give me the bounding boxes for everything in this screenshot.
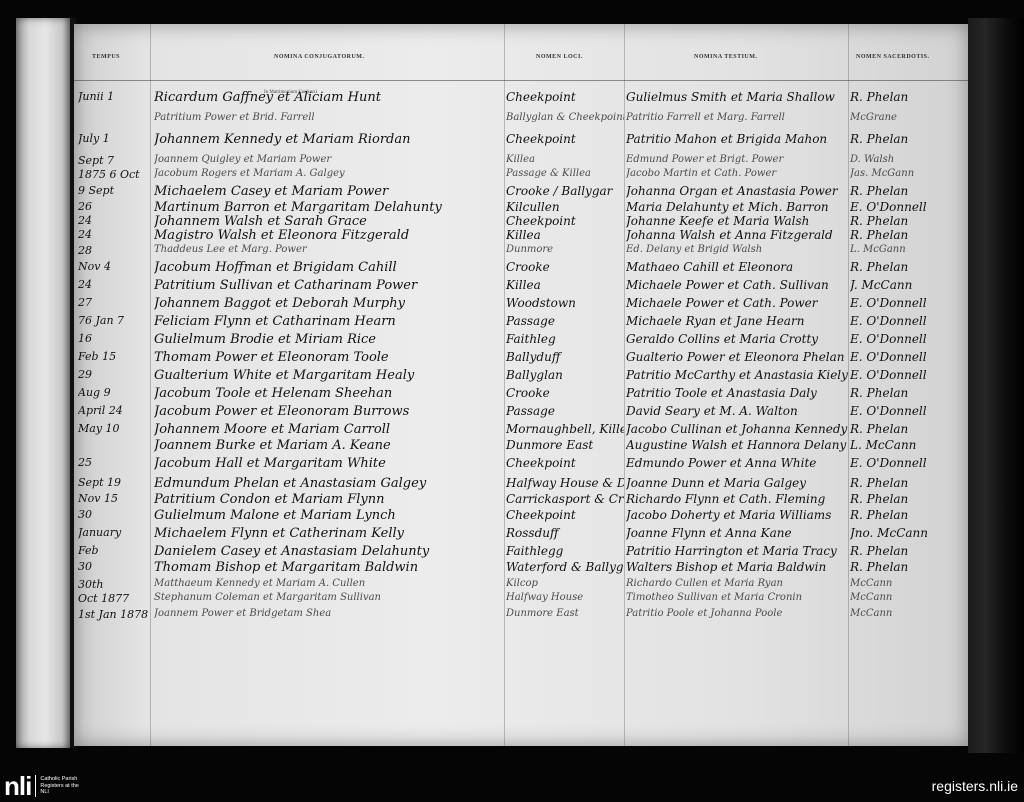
entry-place: Dunmore East	[506, 438, 624, 452]
entry-couple: Patritium Sullivan et Catharinam Power	[154, 278, 524, 293]
entry-date: 30th	[78, 578, 148, 591]
entry-priest: E. O'Donnell	[850, 368, 962, 382]
entry-place: Cheekpoint	[506, 214, 624, 228]
entry-witnesses: Johanne Keefe et Maria Walsh	[626, 214, 848, 228]
entry-priest: McCann	[850, 608, 962, 619]
entry-couple: Jacobum Hall et Margaritam White	[154, 456, 524, 471]
entry-witnesses: Jacobo Martin et Cath. Power	[626, 168, 848, 179]
entry-couple: Edmundum Phelan et Anastasiam Galgey	[154, 476, 524, 491]
entry-couple: Johannem Kennedy et Mariam Riordan	[154, 132, 524, 147]
entry-place: Halfway House & Dunmore	[506, 476, 624, 490]
entry-priest: R. Phelan	[850, 132, 962, 146]
entry-priest: E. O'Donnell	[850, 350, 962, 364]
entry-witnesses: Gualterio Power et Eleonora Phelan	[626, 350, 848, 364]
entry-couple: Patritium Power et Brid. Farrell	[154, 112, 524, 123]
entry-date: 29	[78, 368, 148, 381]
column-header-couple: NOMINA CONJUGATORUM.	[274, 54, 364, 60]
entry-place: Faithleg	[506, 332, 624, 346]
entry-place: Cheekpoint	[506, 132, 624, 146]
entry-date: July 1	[78, 132, 148, 145]
entry-date: Nov 15	[78, 492, 148, 505]
entry-priest: R. Phelan	[850, 492, 962, 506]
entry-date: 30	[78, 508, 148, 521]
entry-witnesses: David Seary et M. A. Walton	[626, 404, 848, 418]
entry-witnesses: Geraldo Collins et Maria Crotty	[626, 332, 848, 346]
register-entry: Aug 9Jacobum Toole et Helenam SheehanCro…	[74, 386, 968, 406]
entry-place: Crooke	[506, 260, 624, 274]
register-entry: JanuaryMichaelem Flynn et Catherinam Kel…	[74, 526, 968, 546]
entry-witnesses: Edmund Power et Brigt. Power	[626, 154, 848, 165]
nli-logo: nli	[4, 773, 31, 799]
entry-priest: R. Phelan	[850, 386, 962, 400]
entry-witnesses: Patritio McCarthy et Anastasia Kiely	[626, 368, 848, 382]
entry-couple: Michaelem Flynn et Catherinam Kelly	[154, 526, 524, 541]
entry-witnesses: Mathaeo Cahill et Eleonora	[626, 260, 848, 274]
entry-couple: Joannem Power et Bridgetam Shea	[154, 608, 524, 619]
register-entry: 1st Jan 1878Joannem Power et Bridgetam S…	[74, 608, 968, 628]
entry-place: Killea	[506, 278, 624, 292]
entry-place: Cheekpoint	[506, 456, 624, 470]
entry-date: 76 Jan 7	[78, 314, 148, 327]
column-header-witnesses: NOMINA TESTIUM.	[694, 54, 757, 60]
entry-priest: McGrane	[850, 112, 962, 123]
entry-priest: D. Walsh	[850, 154, 962, 165]
entry-place: Ballyduff	[506, 350, 624, 364]
entry-couple: Ricardum Gaffney et Aliciam Hunt	[154, 90, 524, 105]
entry-date: 28	[78, 244, 148, 257]
entry-couple: Jacobum Rogers et Mariam A. Galgey	[154, 168, 524, 179]
column-header-date: TEMPUS	[92, 54, 120, 60]
entry-place: Ballyglan & Cheekpoint	[506, 112, 624, 123]
entry-priest: E. O'Donnell	[850, 404, 962, 418]
entry-witnesses: Timotheo Sullivan et Maria Cronin	[626, 592, 848, 603]
entry-couple: Jacobum Toole et Helenam Sheehan	[154, 386, 524, 401]
entry-date: 1st Jan 1878	[78, 608, 148, 621]
entry-couple: Magistro Walsh et Eleonora Fitzgerald	[154, 228, 524, 243]
entry-place: Ballyglan	[506, 368, 624, 382]
register-entry: April 24Jacobum Power et Eleonoram Burro…	[74, 404, 968, 424]
entry-date: April 24	[78, 404, 148, 417]
entry-place: Crooke	[506, 386, 624, 400]
register-image-viewer: TEMPUS NOMINA CONJUGATORUM. NOMEN LOCI. …	[0, 0, 1024, 802]
entry-date: 25	[78, 456, 148, 469]
entry-couple: Stephanum Coleman et Margaritam Sullivan	[154, 592, 524, 603]
entry-couple: Gualterium White et Margaritam Healy	[154, 368, 524, 383]
next-page-shadow	[968, 18, 1024, 753]
entry-witnesses: Edmundo Power et Anna White	[626, 456, 848, 470]
entry-date: Nov 4	[78, 260, 148, 273]
entry-couple: Joannem Burke et Mariam A. Keane	[154, 438, 524, 453]
entry-place: Crooke / Ballygar	[506, 184, 624, 198]
entry-priest: R. Phelan	[850, 184, 962, 198]
entry-date: 16	[78, 332, 148, 345]
entry-place: Halfway House	[506, 592, 624, 603]
entry-witnesses: Patritio Farrell et Marg. Farrell	[626, 112, 848, 123]
entry-place: Dunmore	[506, 244, 624, 255]
entry-witnesses: Michaele Power et Cath. Sullivan	[626, 278, 848, 292]
entry-priest: R. Phelan	[850, 544, 962, 558]
entry-date: 24	[78, 278, 148, 291]
register-entry: Joannem Burke et Mariam A. KeaneDunmore …	[74, 438, 968, 458]
entry-couple: Johannem Walsh et Sarah Grace	[154, 214, 524, 229]
entry-witnesses: Joanne Flynn et Anna Kane	[626, 526, 848, 540]
entry-couple: Thomam Power et Eleonoram Toole	[154, 350, 524, 365]
logo-caption: Catholic Parish Registers at the NLI	[40, 776, 80, 796]
entry-place: Passage	[506, 404, 624, 418]
entry-date: Aug 9	[78, 386, 148, 399]
column-header-priest: NOMEN SACERDOTIS.	[856, 54, 930, 60]
register-entry: 16Gulielmum Brodie et Miriam RiceFaithle…	[74, 332, 968, 352]
entry-witnesses: Patritio Toole et Anastasia Daly	[626, 386, 848, 400]
entry-place: Passage & Killea	[506, 168, 624, 179]
entry-date: 24	[78, 214, 148, 227]
entry-place: Cheekpoint	[506, 90, 624, 104]
register-entry: 30Thomam Bishop et Margaritam BaldwinWat…	[74, 560, 968, 580]
entry-place: Faithlegg	[506, 544, 624, 558]
entry-date: Sept 19	[78, 476, 148, 489]
entry-couple: Patritium Condon et Mariam Flynn	[154, 492, 524, 507]
entry-place: Carrickasport & Crooke	[506, 492, 624, 506]
site-url: registers.nli.ie	[932, 778, 1018, 794]
entry-priest: R. Phelan	[850, 476, 962, 490]
entry-couple: Martinum Barron et Margaritam Delahunty	[154, 200, 524, 215]
entry-priest: R. Phelan	[850, 260, 962, 274]
entry-couple: Johannem Baggot et Deborah Murphy	[154, 296, 524, 311]
entry-date: 1875 6 Oct	[78, 168, 148, 181]
entry-priest: R. Phelan	[850, 214, 962, 228]
entry-date: Feb 15	[78, 350, 148, 363]
entry-witnesses: Patritio Mahon et Brigida Mahon	[626, 132, 848, 146]
entry-witnesses: Patritio Poole et Johanna Poole	[626, 608, 848, 619]
entry-priest: L. McCann	[850, 438, 962, 452]
entry-witnesses: Ed. Delany et Brigid Walsh	[626, 244, 848, 255]
entry-priest: E. O'Donnell	[850, 200, 962, 214]
register-entry: 24Patritium Sullivan et Catharinam Power…	[74, 278, 968, 298]
entry-place: Killea	[506, 228, 624, 242]
entry-date: 30	[78, 560, 148, 573]
previous-page-edge	[16, 18, 70, 748]
entry-witnesses: Walters Bishop et Maria Baldwin	[626, 560, 848, 574]
entry-date: 9 Sept	[78, 184, 148, 197]
entry-priest: Jas. McGann	[850, 168, 962, 179]
entry-place: Passage	[506, 314, 624, 328]
entry-date: Oct 1877	[78, 592, 148, 605]
entry-couple: Jacobum Power et Eleonoram Burrows	[154, 404, 524, 419]
nli-branding: nli Catholic Parish Registers at the NLI	[4, 772, 80, 800]
entry-priest: R. Phelan	[850, 508, 962, 522]
register-entry: 30Gulielmum Malone et Mariam LynchCheekp…	[74, 508, 968, 528]
register-entry: 25Jacobum Hall et Margaritam WhiteCheekp…	[74, 456, 968, 476]
entry-priest: E. O'Donnell	[850, 314, 962, 328]
entry-witnesses: Gulielmus Smith et Maria Shallow	[626, 90, 848, 104]
entry-date: Feb	[78, 544, 148, 557]
entry-priest: Jno. McCann	[850, 526, 962, 540]
entry-place: Waterford & Ballyglan	[506, 560, 624, 574]
entry-place: Dunmore East	[506, 608, 624, 619]
entry-priest: E. O'Donnell	[850, 332, 962, 346]
header-rule	[74, 80, 968, 81]
register-entry: Junii 1Ricardum Gaffney et Aliciam HuntC…	[74, 90, 968, 110]
entry-couple: Danielem Casey et Anastasiam Delahunty	[154, 544, 524, 559]
entry-witnesses: Michaele Ryan et Jane Hearn	[626, 314, 848, 328]
entry-couple: Jacobum Hoffman et Brigidam Cahill	[154, 260, 524, 275]
entry-couple: Gulielmum Brodie et Miriam Rice	[154, 332, 524, 347]
register-entry: Patritium Power et Brid. FarrellBallygla…	[74, 112, 968, 132]
entry-priest: McCann	[850, 578, 962, 589]
entry-witnesses: Jacobo Doherty et Maria Williams	[626, 508, 848, 522]
entry-place: Kilcullen	[506, 200, 624, 214]
entry-witnesses: Johanna Walsh et Anna Fitzgerald	[626, 228, 848, 242]
register-page: TEMPUS NOMINA CONJUGATORUM. NOMEN LOCI. …	[74, 24, 968, 746]
entry-priest: J. McCann	[850, 278, 962, 292]
entry-witnesses: Michaele Power et Cath. Power	[626, 296, 848, 310]
entry-date: 27	[78, 296, 148, 309]
register-entry: July 1Johannem Kennedy et Mariam Riordan…	[74, 132, 968, 152]
entry-priest: E. O'Donnell	[850, 456, 962, 470]
entry-priest: R. Phelan	[850, 228, 962, 242]
entry-couple: Michaelem Casey et Mariam Power	[154, 184, 524, 199]
entry-place: Woodstown	[506, 296, 624, 310]
entry-couple: Johannem Moore et Mariam Carroll	[154, 422, 524, 437]
register-entry: 27Johannem Baggot et Deborah MurphyWoods…	[74, 296, 968, 316]
register-entry: Nov 4Jacobum Hoffman et Brigidam CahillC…	[74, 260, 968, 280]
entry-date: Junii 1	[78, 90, 148, 103]
entry-place: Kilcop	[506, 578, 624, 589]
entry-place: Cheekpoint	[506, 508, 624, 522]
entry-priest: R. Phelan	[850, 560, 962, 574]
entry-witnesses: Joanne Dunn et Maria Galgey	[626, 476, 848, 490]
entry-date: 24	[78, 228, 148, 241]
register-entry: Feb 15Thomam Power et Eleonoram TooleBal…	[74, 350, 968, 370]
column-header-place: NOMEN LOCI.	[536, 54, 583, 60]
entry-date: May 10	[78, 422, 148, 435]
entry-place: Mornaughbell, Killea	[506, 422, 624, 436]
entry-witnesses: Maria Delahunty et Mich. Barron	[626, 200, 848, 214]
entry-witnesses: Johanna Organ et Anastasia Power	[626, 184, 848, 198]
entry-couple: Thomam Bishop et Margaritam Baldwin	[154, 560, 524, 575]
entry-couple: Joannem Quigley et Mariam Power	[154, 154, 524, 165]
entry-witnesses: Jacobo Cullinan et Johanna Kennedy	[626, 422, 848, 436]
entry-couple: Thaddeus Lee et Marg. Power	[154, 244, 524, 255]
entry-witnesses: Augustine Walsh et Hannora Delany	[626, 438, 848, 452]
entry-priest: R. Phelan	[850, 90, 962, 104]
entry-couple: Gulielmum Malone et Mariam Lynch	[154, 508, 524, 523]
entry-couple: Matthaeum Kennedy et Mariam A. Cullen	[154, 578, 524, 589]
register-entry: 76 Jan 7Feliciam Flynn et Catharinam Hea…	[74, 314, 968, 334]
entry-date: 26	[78, 200, 148, 213]
entry-couple: Feliciam Flynn et Catharinam Hearn	[154, 314, 524, 329]
entry-priest: E. O'Donnell	[850, 296, 962, 310]
entry-witnesses: Patritio Harrington et Maria Tracy	[626, 544, 848, 558]
entry-place: Rossduff	[506, 526, 624, 540]
entry-priest: R. Phelan	[850, 422, 962, 436]
logo-divider	[35, 775, 36, 797]
entry-date: Sept 7	[78, 154, 148, 167]
entry-priest: L. McGann	[850, 244, 962, 255]
entry-place: Killea	[506, 154, 624, 165]
entry-date: January	[78, 526, 148, 539]
entry-witnesses: Richardo Flynn et Cath. Fleming	[626, 492, 848, 506]
entry-priest: McCann	[850, 592, 962, 603]
entry-witnesses: Richardo Cullen et Maria Ryan	[626, 578, 848, 589]
register-entry: 29Gualterium White et Margaritam HealyBa…	[74, 368, 968, 388]
